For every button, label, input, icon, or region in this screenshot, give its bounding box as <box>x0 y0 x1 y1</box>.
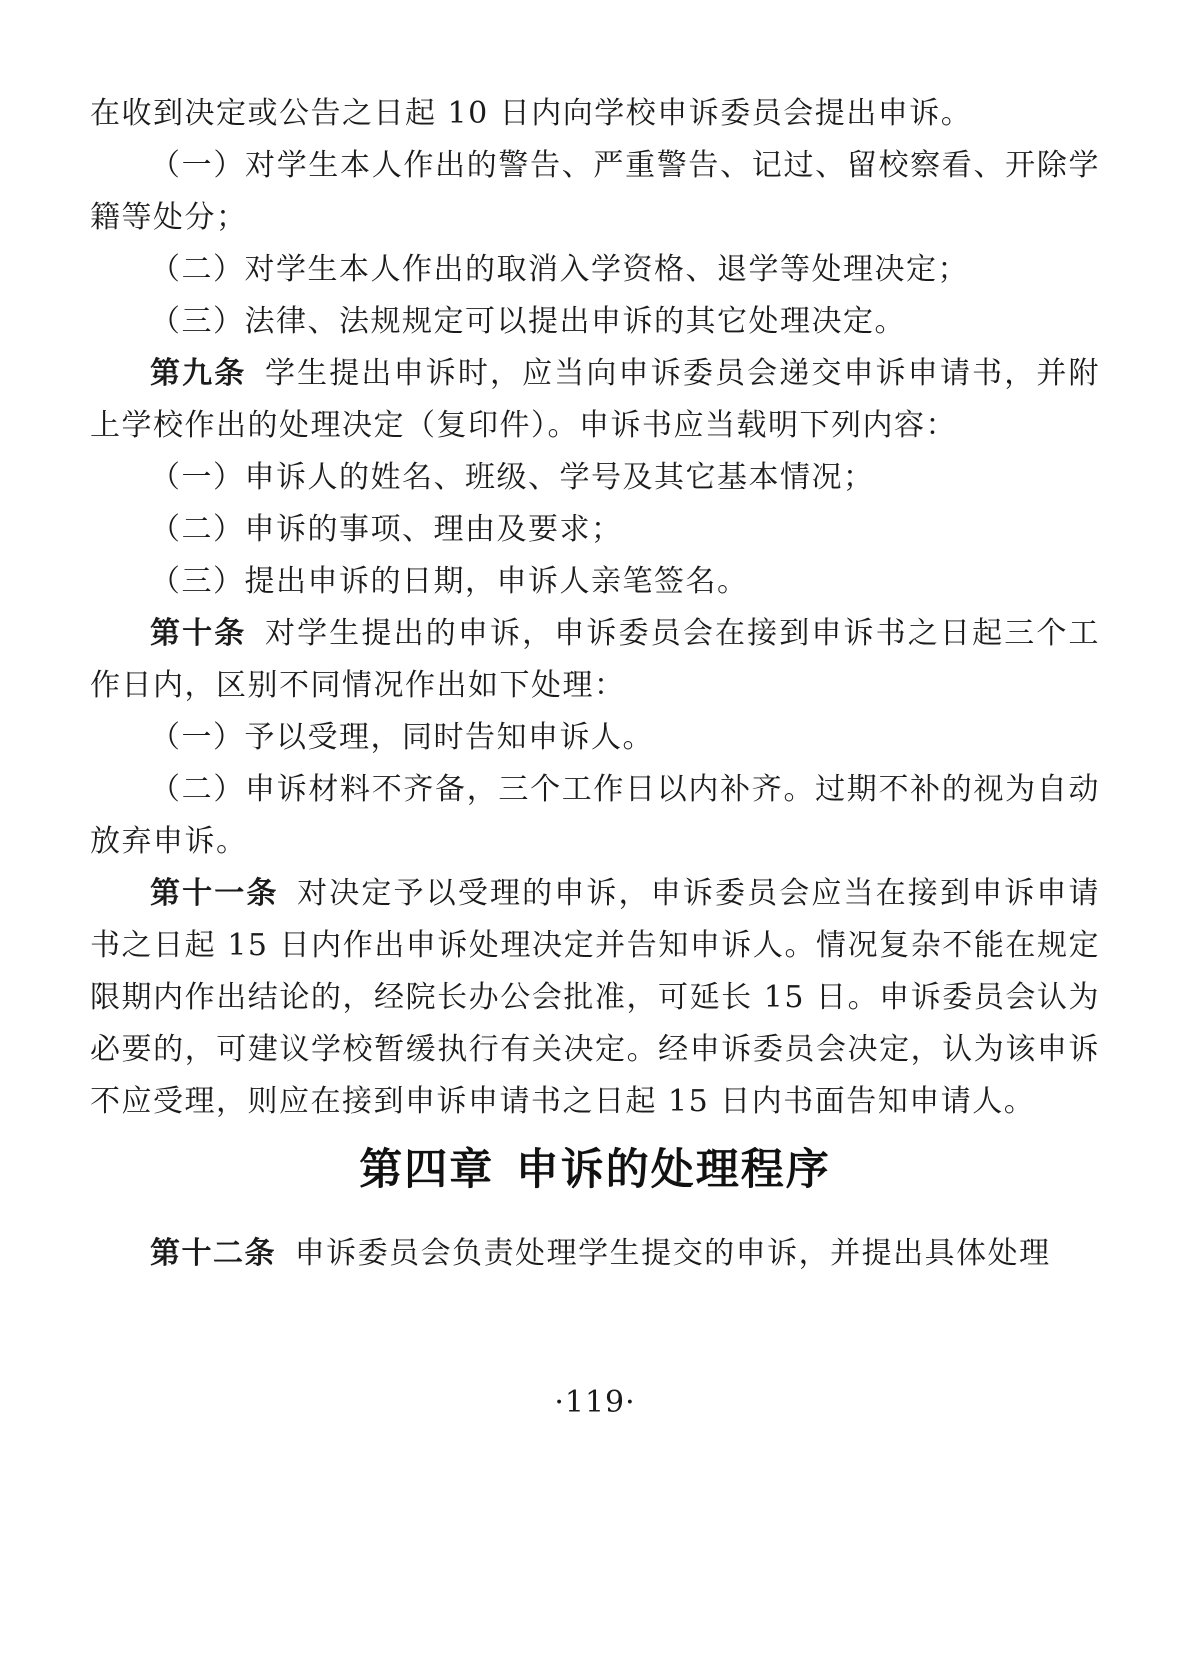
paragraph: （二）申诉的事项、理由及要求； <box>90 504 1100 556</box>
paragraph-text: （二）对学生本人作出的取消入学资格、退学等处理决定； <box>150 252 969 287</box>
paragraph-text: （一）对学生本人作出的警告、严重警告、记过、留校察看、开除学籍等处分； <box>90 148 1100 235</box>
paragraph-text: （三）法律、法规规定可以提出申诉的其它处理决定。 <box>150 304 906 339</box>
paragraph: （三）法律、法规规定可以提出申诉的其它处理决定。 <box>90 296 1100 348</box>
paragraph-text: （一）申诉人的姓名、班级、学号及其它基本情况； <box>150 460 875 495</box>
chapter-heading: 第四章申诉的处理程序 <box>90 1144 1100 1198</box>
article-paragraph: 第十一条对决定予以受理的申诉，申诉委员会应当在接到申诉申请书之日起 15 日内作… <box>90 868 1100 1128</box>
document-page: 在收到决定或公告之日起 10 日内向学校申诉委员会提出申诉。（一）对学生本人作出… <box>0 0 1190 1670</box>
paragraph: （一）对学生本人作出的警告、严重警告、记过、留校察看、开除学籍等处分； <box>90 140 1100 244</box>
paragraph: （一）予以受理，同时告知申诉人。 <box>90 712 1100 764</box>
article-number: 第十条 <box>150 616 246 651</box>
paragraph-text: （三）提出申诉的日期，申诉人亲笔签名。 <box>150 564 749 599</box>
paragraph: （二）申诉材料不齐备，三个工作日以内补齐。过期不补的视为自动放弃申诉。 <box>90 764 1100 868</box>
article-number: 第九条 <box>150 356 246 391</box>
page-number: ·119· <box>0 1385 1190 1420</box>
chapter-title: 申诉的处理程序 <box>516 1145 831 1195</box>
paragraph-text: （二）申诉的事项、理由及要求； <box>150 512 623 547</box>
paragraph-text: 对决定予以受理的申诉，申诉委员会应当在接到申诉申请书之日起 15 日内作出申诉处… <box>90 876 1100 1119</box>
paragraph-text: （二）申诉材料不齐备，三个工作日以内补齐。过期不补的视为自动放弃申诉。 <box>90 772 1100 859</box>
chapter-number: 第四章 <box>359 1145 494 1195</box>
paragraph-text: （一）予以受理，同时告知申诉人。 <box>150 720 654 755</box>
article-paragraph: 第九条学生提出申诉时，应当向申诉委员会递交申诉申请书，并附上学校作出的处理决定（… <box>90 348 1100 452</box>
paragraph-text: 在收到决定或公告之日起 10 日内向学校申诉委员会提出申诉。 <box>90 96 972 131</box>
article-number: 第十二条 <box>150 1236 276 1271</box>
article-paragraph: 第十条对学生提出的申诉，申诉委员会在接到申诉书之日起三个工作日内，区别不同情况作… <box>90 608 1100 712</box>
paragraph: 在收到决定或公告之日起 10 日内向学校申诉委员会提出申诉。 <box>90 88 1100 140</box>
paragraph-text: 申诉委员会负责处理学生提交的申诉，并提出具体处理 <box>295 1236 1051 1271</box>
paragraph: （一）申诉人的姓名、班级、学号及其它基本情况； <box>90 452 1100 504</box>
article-number: 第十一条 <box>150 876 279 911</box>
paragraph: （三）提出申诉的日期，申诉人亲笔签名。 <box>90 556 1100 608</box>
article-paragraph: 第十二条申诉委员会负责处理学生提交的申诉，并提出具体处理 <box>90 1228 1100 1280</box>
paragraph: （二）对学生本人作出的取消入学资格、退学等处理决定； <box>90 244 1100 296</box>
document-body: 在收到决定或公告之日起 10 日内向学校申诉委员会提出申诉。（一）对学生本人作出… <box>90 88 1100 1280</box>
